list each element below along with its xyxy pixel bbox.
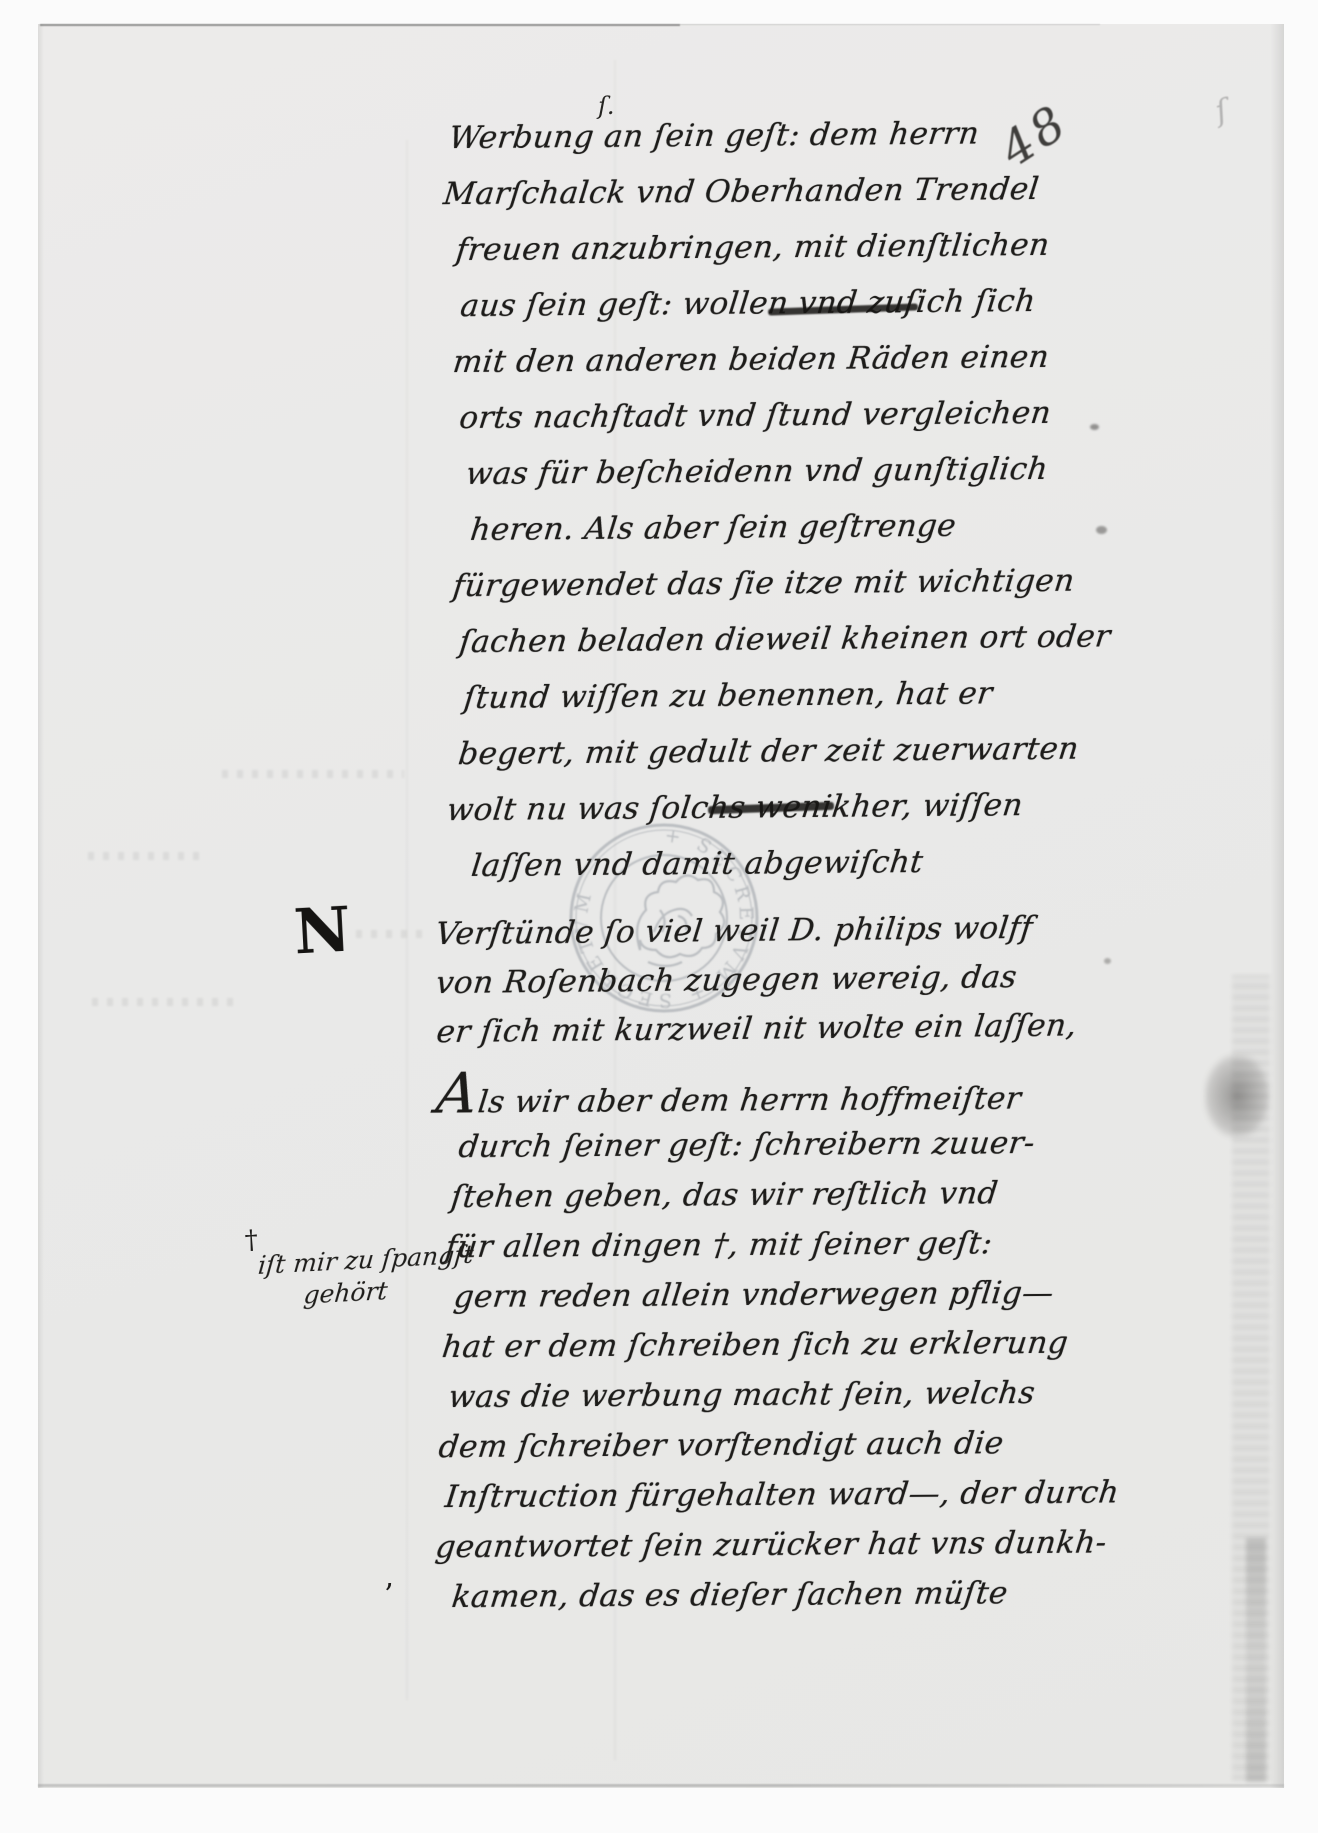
page-edge-shadow-top: [40, 24, 680, 26]
handwritten-line: durch ſeiner geſt: ſchreibern zuuer-: [456, 1120, 1120, 1175]
handwritten-line: heren. Als aber ſein geſtrenge: [467, 499, 1112, 561]
ink-speck: [1104, 958, 1111, 964]
ghost-offset-text: [88, 852, 200, 860]
ghost-offset-text: [356, 930, 428, 938]
page-edge-shadow-bottom: [38, 1784, 1284, 1787]
handwritten-line: ſtehen geben, das wir reſtlich vnd: [448, 1170, 1120, 1225]
handwritten-line: geantwortet ſein zurücker hat vns dunkh-: [433, 1520, 1123, 1575]
stray-ink-mark: ’: [384, 1578, 394, 1613]
handwritten-line: laſſen vnd damit abgewiſcht: [468, 835, 1115, 897]
handwritten-line: er ſich mit kurzweil nit wolte ein laſſe…: [434, 1003, 1079, 1059]
paragraph-2: Verſtünde ſo viel weil D. philips wolff …: [435, 905, 1077, 1059]
page-edge-shadow-left: [38, 24, 44, 1788]
manuscript-scan: + SECRETVM + SECRETVM 48 ſ ſ. N Werbung …: [0, 0, 1318, 1833]
handwritten-line: mit den anderen beiden Räden einen: [450, 331, 1111, 393]
ghost-offset-text: [92, 998, 234, 1006]
handwritten-line: Marſchalck vnd Oberhanden Trendel: [440, 163, 1109, 225]
ghost-offset-text: [222, 770, 404, 778]
handwritten-line: orts nachſtadt vnd ſtund vergleichen: [456, 387, 1111, 449]
dagger-reference-icon: †: [244, 1225, 259, 1256]
handwritten-line: ſtund wiſſen zu benennen, hat er: [461, 667, 1114, 729]
handwritten-line: Verſtünde ſo viel weil D. philips wolff: [433, 905, 1078, 961]
paragraph-1: Werbung an ſein geſt: dem herrn Marſchal…: [449, 107, 1113, 897]
handwritten-line: hat er dem ſchreiben ſich zu erklerung: [439, 1320, 1121, 1375]
handwritten-line: kamen, das es dieſer ſachen müſte: [449, 1570, 1123, 1625]
handwritten-line: freuen anzubringen, mit dienſtlichen: [453, 219, 1110, 281]
handwritten-line: fürgewendet das ſie itze mit wichtigen: [450, 555, 1113, 617]
handwritten-line: aus ſein geſt: wollen vnd zuſich ſich: [457, 275, 1110, 337]
handwritten-line: Werbung an ſein geſt: dem herrn: [446, 107, 1109, 169]
ink-smudge-blob: [1204, 1054, 1270, 1138]
handwritten-line: Inſtruction fürgehalten ward—, der durch: [442, 1470, 1122, 1525]
page-edge-shadow-right: [1270, 24, 1284, 1788]
handwritten-line: ſachen beladen dieweil kheinen ort oder: [456, 611, 1113, 673]
paragraph-3: Als wir aber dem herrn hoffmeiſter durch…: [436, 1070, 1120, 1625]
handwritten-line: was die werbung macht ſein, welchs: [445, 1370, 1121, 1425]
handwritten-line: was für beſcheidenn vnd gunſtiglich: [463, 443, 1112, 505]
margin-letter-n: N: [292, 893, 352, 969]
handwritten-line: von Roſenbach zugegen wereig, das: [433, 954, 1078, 1010]
bleedthrough-smudge-lower: [1246, 1538, 1266, 1782]
handwritten-line: dem ſchreiber vorſtendigt auch die: [436, 1420, 1122, 1475]
handwritten-line: für allen dingen †, mit ſeiner geſt:: [442, 1220, 1120, 1275]
handwritten-line: Als wir aber dem herrn hoffmeiſter: [433, 1070, 1119, 1125]
handwritten-line: gern reden allein vnderwegen pflig—: [451, 1270, 1121, 1325]
margin-note-line: gehört: [302, 1276, 388, 1310]
handwritten-line: begert, mit gedult der zeit zuerwarten: [455, 723, 1114, 785]
fold-crease: [406, 140, 408, 1700]
page-edge-shadow-top-2: [680, 24, 1100, 25]
